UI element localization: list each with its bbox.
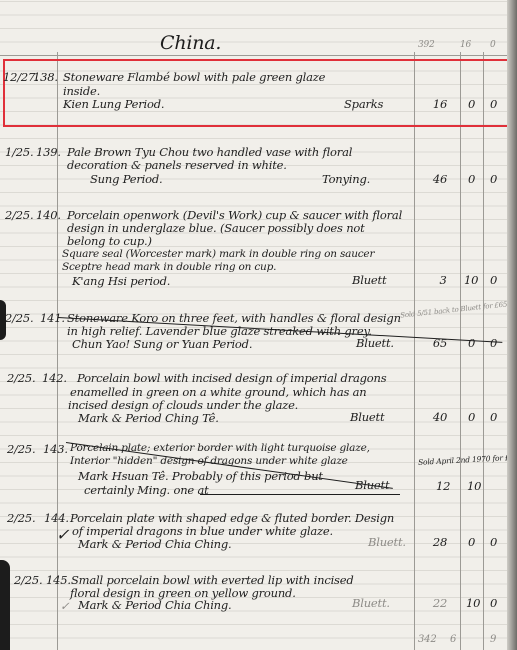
page-edge-shadow bbox=[507, 0, 517, 650]
entry-description-line: inside. bbox=[63, 84, 100, 98]
entry-shillings: 0 bbox=[468, 172, 475, 186]
entry-date: 2/25. bbox=[7, 511, 35, 525]
total-pounds: 342 bbox=[418, 634, 437, 645]
carried-forward-pence: 0 bbox=[490, 40, 496, 50]
entry-number: 140. bbox=[36, 208, 61, 222]
entry-shillings: 0 bbox=[468, 97, 475, 111]
entry-description-line: Mark & Period Ching Tê. bbox=[78, 411, 219, 425]
entry-pence: 0 bbox=[490, 410, 497, 424]
entry-description-line: Chun Yao! Sung or Yuan Period. bbox=[72, 337, 252, 351]
total-pence: 9 bbox=[490, 634, 496, 645]
entry-shillings: 10 bbox=[466, 596, 480, 610]
binding-shadow bbox=[0, 300, 6, 340]
entry-dealer: Bluett bbox=[350, 410, 384, 424]
underline bbox=[200, 494, 400, 495]
entry-description-line: Kien Lung Period. bbox=[63, 97, 164, 111]
entry-dealer: Bluett. bbox=[356, 336, 394, 350]
entry-description-line: Sung Period. bbox=[90, 172, 162, 186]
entry-description-line: belong to cup.) bbox=[67, 234, 152, 248]
entry-number: 142. bbox=[42, 371, 67, 385]
entry-pounds: 16 bbox=[420, 97, 460, 111]
header-rule bbox=[0, 55, 510, 56]
entry-pounds: 28 bbox=[420, 535, 460, 549]
entry-shillings: 0 bbox=[468, 410, 475, 424]
entry-number: 143. bbox=[43, 442, 68, 456]
entry-pounds: 12 bbox=[436, 479, 450, 493]
entry-description-line: Square seal (Worcester mark) mark in dou… bbox=[62, 248, 374, 260]
column-rule-pounds bbox=[460, 52, 461, 650]
entry-description-line: Porcelain plate with shaped edge & flute… bbox=[70, 511, 394, 525]
entry-pounds: 22 bbox=[420, 596, 460, 610]
entry-description-line: Pale Brown Tyu Chou two handled vase wit… bbox=[67, 145, 352, 159]
entry-description-line: enamelled in green on a white ground, wh… bbox=[70, 385, 367, 399]
entry-description-line: Sceptre head mark in double ring on cup. bbox=[62, 261, 276, 273]
entry-description-line: Stoneware Flambé bowl with pale green gl… bbox=[63, 70, 325, 84]
entry-number: 138. bbox=[33, 70, 58, 84]
page-title: China. bbox=[160, 32, 221, 54]
entry-date: 1/25. bbox=[5, 145, 33, 159]
entry-dealer: Sparks bbox=[344, 97, 383, 111]
entry-date: 2/25. bbox=[7, 371, 35, 385]
entry-date: 2/25. bbox=[7, 442, 35, 456]
carried-forward-pounds: 392 bbox=[418, 40, 435, 50]
entry-shillings: 10 bbox=[464, 273, 478, 287]
entry-pence: 0 bbox=[490, 172, 497, 186]
entry-pounds: 46 bbox=[420, 172, 460, 186]
entry-description-line: incised design of clouds under the glaze… bbox=[68, 398, 298, 412]
entry-sale-note: Sold 5/51 back to Bluett for £65 bbox=[400, 300, 508, 319]
entry-description-line: decoration & panels reserved in white. bbox=[67, 158, 287, 172]
entry-description-line: design in underglaze blue. (Saucer possi… bbox=[67, 221, 365, 235]
entry-description-line: K'ang Hsi period. bbox=[72, 274, 170, 288]
entry-description-line: Small porcelain bowl with everted lip wi… bbox=[71, 573, 354, 587]
entry-shillings: 0 bbox=[468, 535, 475, 549]
entry-number: 145. bbox=[46, 573, 71, 587]
entry-description-line: Mark Hsuan Tê. Probably of this period b… bbox=[78, 469, 323, 483]
entry-sale-note: Sold April 2nd 1970 for £7000 bbox=[418, 452, 510, 467]
ledger-page: China. 392 16 0 12/27. 138. Stoneware Fl… bbox=[0, 0, 510, 650]
entry-shillings: 0 bbox=[468, 336, 475, 350]
entry-number: 139. bbox=[36, 145, 61, 159]
entry-dealer: Tonying. bbox=[322, 172, 370, 186]
entry-dealer: Bluett bbox=[352, 273, 386, 287]
entry-pence: 0 bbox=[490, 535, 497, 549]
entry-dealer: Bluett. bbox=[368, 535, 406, 549]
entry-description-line: of imperial dragons in blue under white … bbox=[72, 524, 333, 538]
entry-pence: 0 bbox=[490, 336, 497, 350]
entry-description-line: Mark & Period Chia Ching. bbox=[78, 598, 232, 612]
carried-forward-shillings: 16 bbox=[460, 40, 471, 50]
entry-dealer: Bluett. bbox=[352, 596, 390, 610]
entry-description-line: Mark & Period Chia Ching. bbox=[78, 537, 232, 551]
entry-description-line: Interior "hidden" design of dragons unde… bbox=[70, 455, 348, 467]
column-rule-date bbox=[57, 52, 58, 650]
entry-date: 2/25. bbox=[14, 573, 42, 587]
binding-shadow bbox=[0, 560, 10, 650]
entry-description-line: Porcelain openwork (Devil's Work) cup & … bbox=[67, 208, 402, 222]
check-mark-icon: ✓ bbox=[56, 525, 69, 544]
column-rule-description bbox=[414, 52, 415, 650]
entry-pence: 0 bbox=[490, 273, 497, 287]
entry-pence: 0 bbox=[490, 596, 497, 610]
entry-pounds: 40 bbox=[420, 410, 460, 424]
entry-pence: 0 bbox=[490, 97, 497, 111]
check-mark-icon: ✓ bbox=[60, 599, 69, 613]
entry-description-line: Stoneware Koro on three feet, with handl… bbox=[67, 311, 401, 325]
entry-description-line: Porcelain bowl with incised design of im… bbox=[77, 371, 386, 385]
column-rule-shillings bbox=[483, 52, 484, 650]
entry-pounds: 3 bbox=[423, 273, 463, 287]
entry-date: 2/25. bbox=[5, 311, 33, 325]
total-shillings: 6 bbox=[450, 634, 456, 645]
entry-number: 144. bbox=[44, 511, 69, 525]
entry-description-line: certainly Ming. one at bbox=[84, 483, 209, 497]
entry-date: 2/25. bbox=[5, 208, 33, 222]
entry-shillings: 10 bbox=[467, 479, 481, 493]
